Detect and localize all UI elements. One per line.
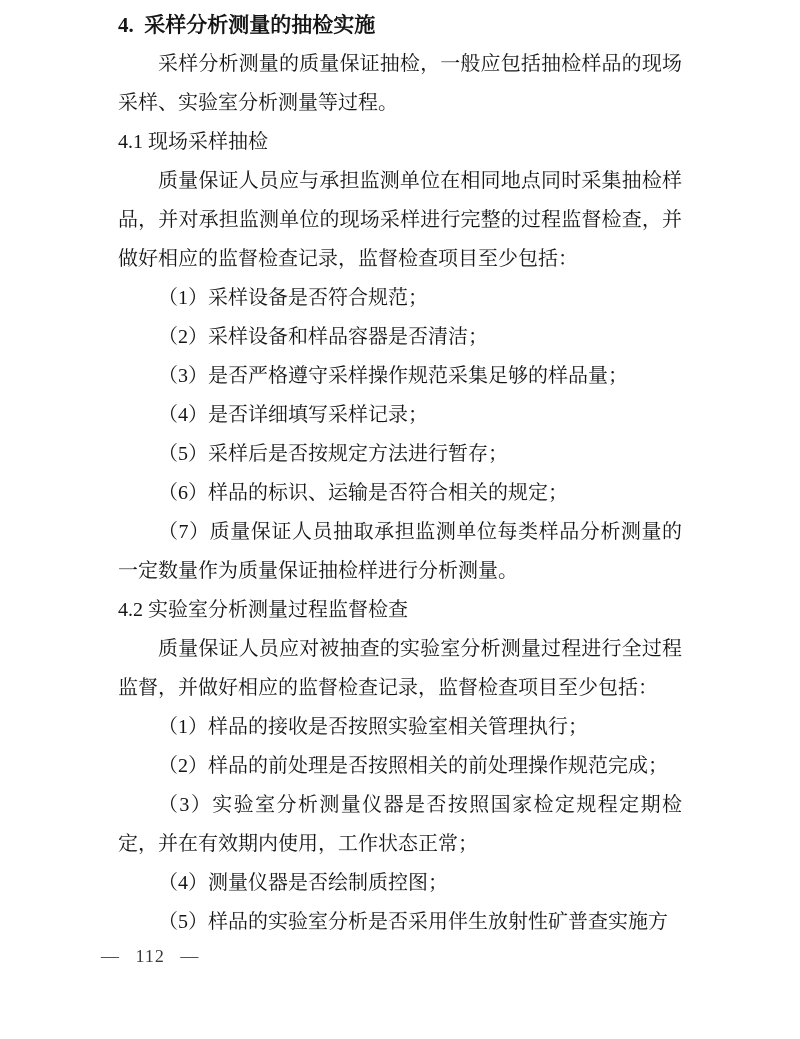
- list-item: （4）是否详细填写采样记录；: [118, 396, 682, 435]
- list-item: （2）采样设备和样品容器是否清洁；: [118, 318, 682, 357]
- page-number: — 112 —: [101, 941, 199, 971]
- list-item: （7）质量保证人员抽取承担监测单位每类样品分析测量的一定数量作为质量保证抽检样进…: [118, 513, 682, 591]
- list-item: （1）样品的接收是否按照实验室相关管理执行；: [118, 708, 682, 747]
- list-item: （4）测量仪器是否绘制质控图；: [118, 864, 682, 903]
- list-item: （1）采样设备是否符合规范；: [118, 279, 682, 318]
- document-page: 4. 采样分析测量的抽检实施 采样分析测量的质量保证抽检，一般应包括抽检样品的现…: [0, 0, 800, 1039]
- list-item: （6）样品的标识、运输是否符合相关的规定；: [118, 474, 682, 513]
- list-item: （2）样品的前处理是否按照相关的前处理操作规范完成；: [118, 747, 682, 786]
- list-item: （3）实验室分析测量仪器是否按照国家检定规程定期检定，并在有效期内使用，工作状态…: [118, 786, 682, 864]
- section-4-2-paragraph: 质量保证人员应对被抽查的实验室分析测量过程进行全过程监督，并做好相应的监督检查记…: [118, 630, 682, 708]
- list-item: （5）样品的实验室分析是否采用伴生放射性矿普查实施方: [118, 903, 682, 942]
- chapter-title: 4. 采样分析测量的抽检实施: [118, 6, 682, 45]
- section-heading-4-1: 4.1 现场采样抽检: [118, 123, 682, 162]
- document-content: 4. 采样分析测量的抽检实施 采样分析测量的质量保证抽检，一般应包括抽检样品的现…: [118, 6, 682, 942]
- section-heading-4-2: 4.2 实验室分析测量过程监督检查: [118, 591, 682, 630]
- section-4-1-paragraph: 质量保证人员应与承担监测单位在相同地点同时采集抽检样品，并对承担监测单位的现场采…: [118, 162, 682, 279]
- list-item: （3）是否严格遵守采样操作规范采集足够的样品量；: [118, 357, 682, 396]
- list-item: （5）采样后是否按规定方法进行暂存；: [118, 435, 682, 474]
- intro-paragraph: 采样分析测量的质量保证抽检，一般应包括抽检样品的现场采样、实验室分析测量等过程。: [118, 45, 682, 123]
